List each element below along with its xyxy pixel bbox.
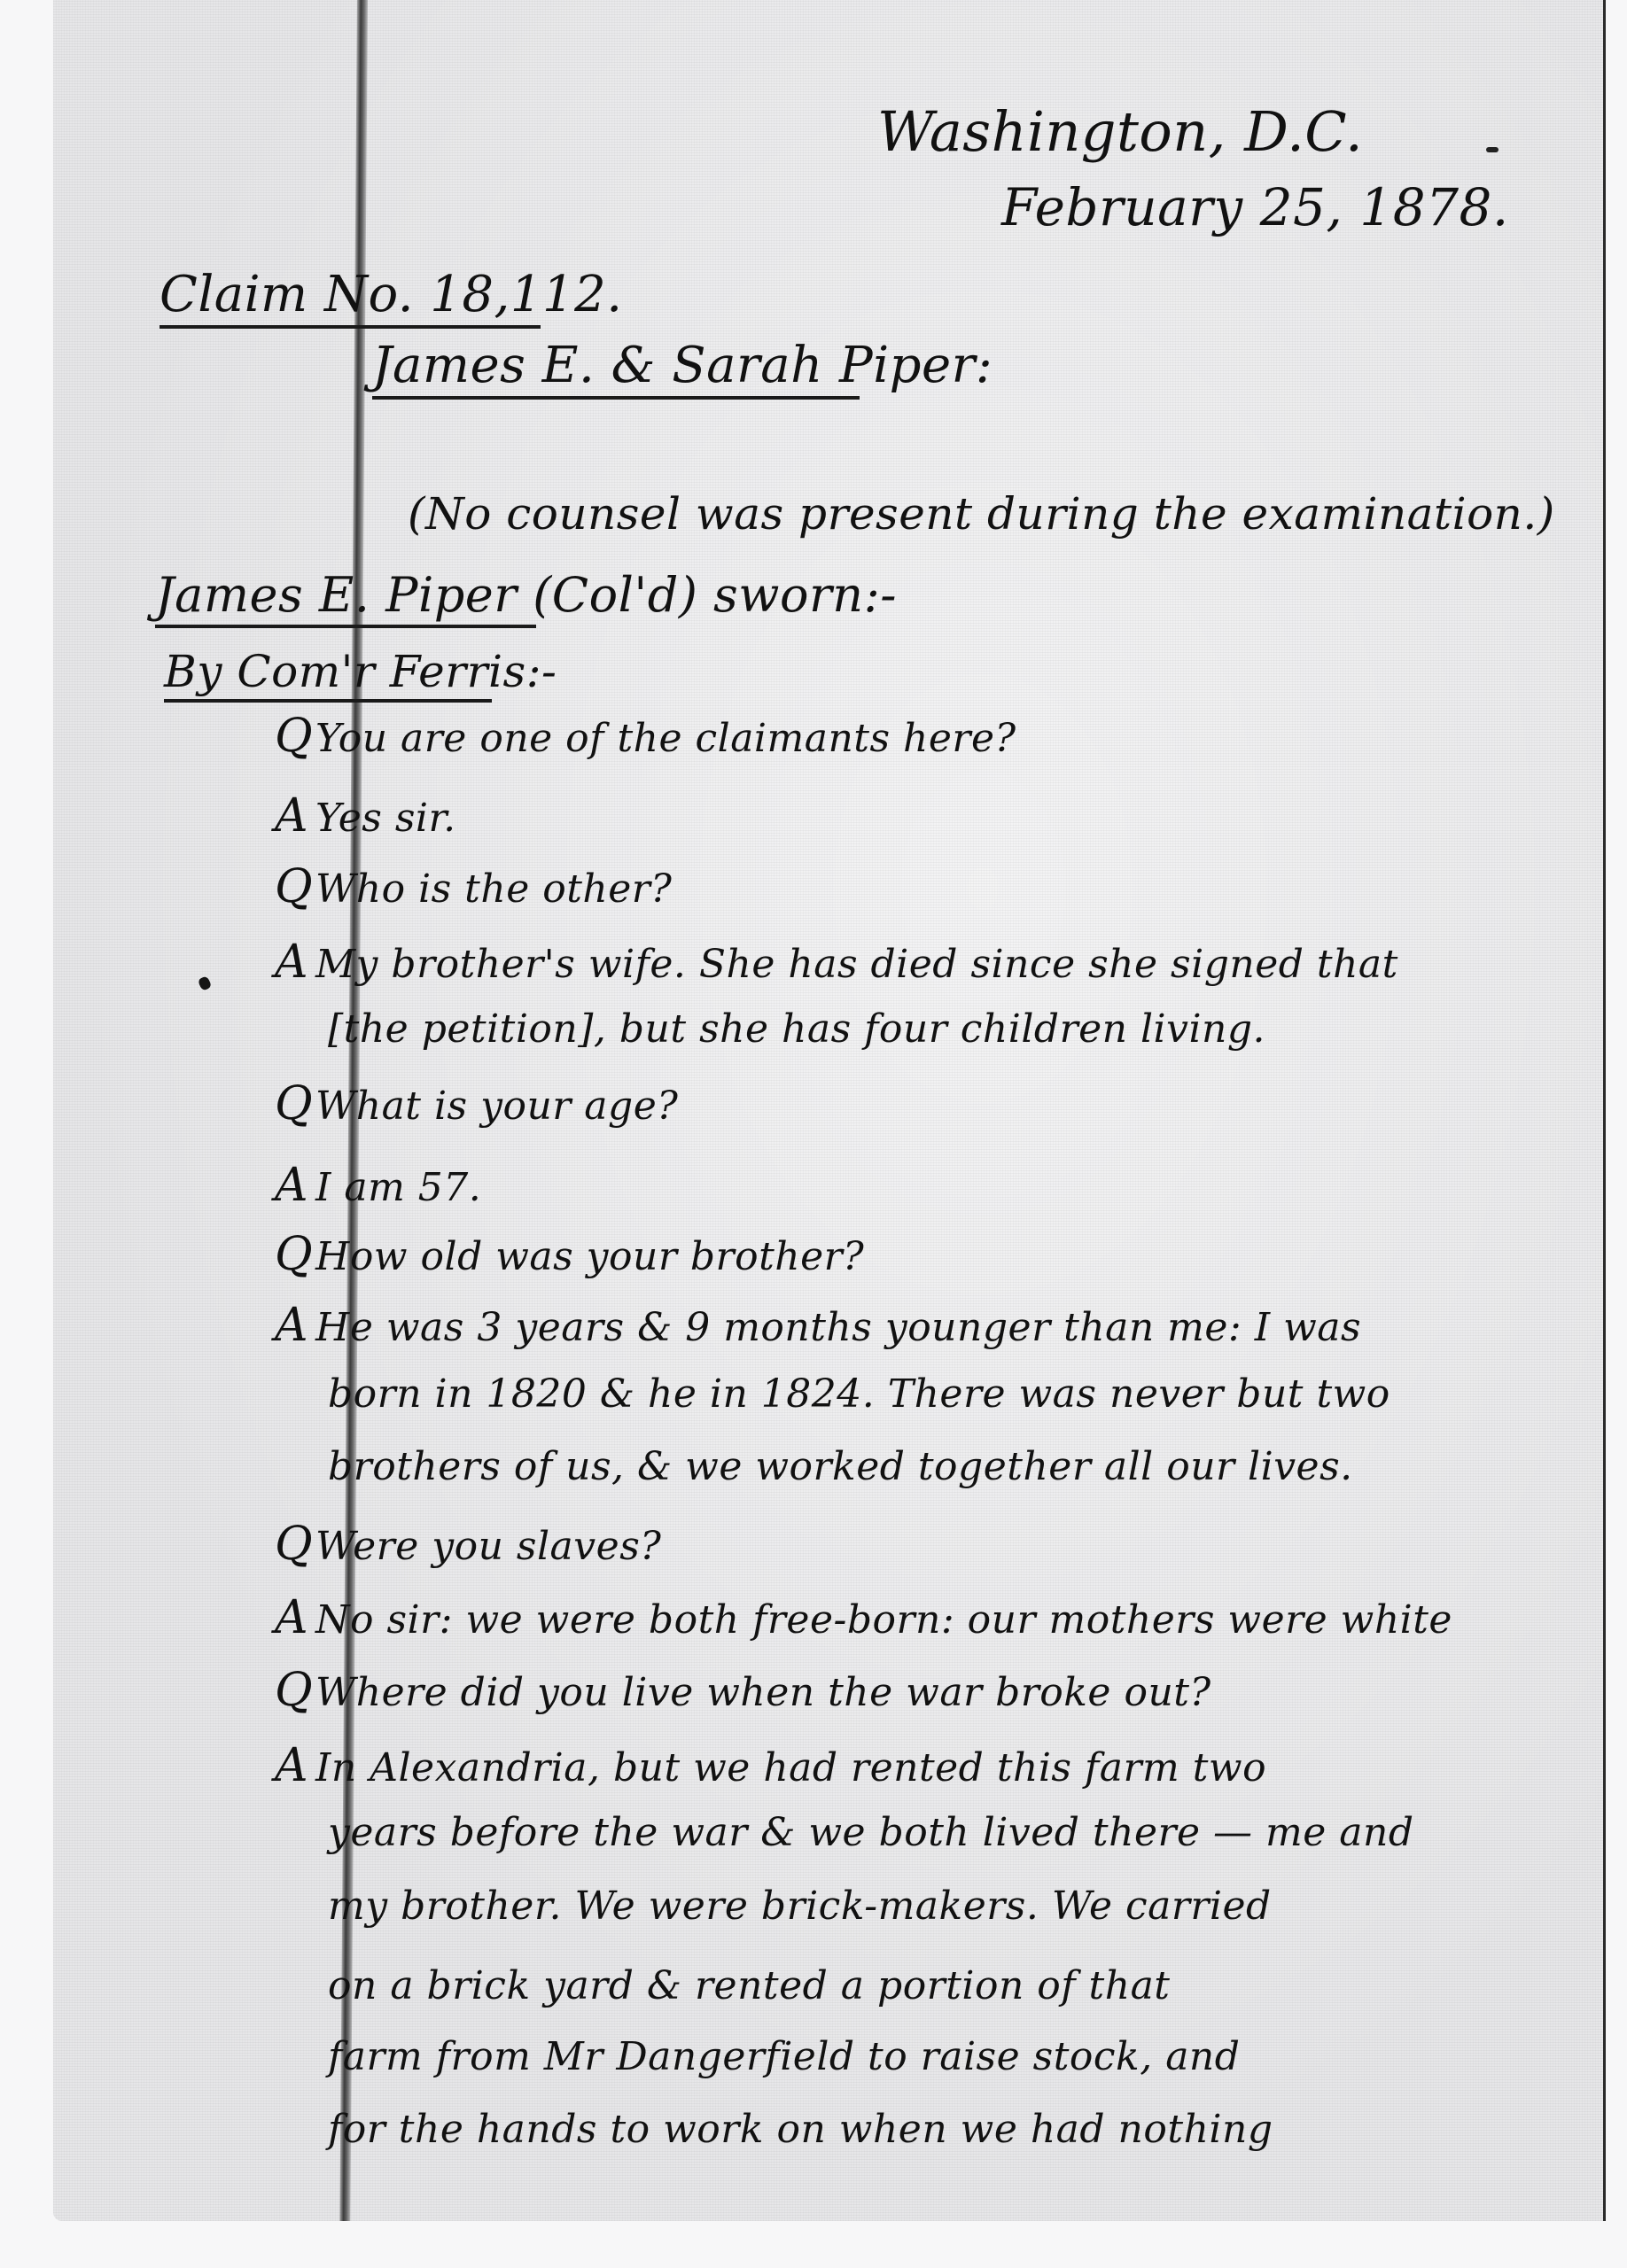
line-text: Who is the other? xyxy=(315,866,672,912)
witness-sworn: James E. Piper (Col'd) sworn:- xyxy=(155,571,536,628)
line-text: brothers of us, & we worked together all… xyxy=(328,1444,1353,1489)
speaker-label: A xyxy=(275,1595,312,1641)
transcript-line: AMy brother's wife. She has died since s… xyxy=(275,939,1398,985)
transcript-line: AIn Alexandria, but we had rented this f… xyxy=(275,1743,1266,1789)
speaker-label: Q xyxy=(275,1521,312,1567)
speaker-label: Q xyxy=(275,1231,312,1278)
speaker-label: Q xyxy=(275,1667,312,1713)
speaker-label: A xyxy=(275,939,312,985)
transcript-line: ANo sir: we were both free-born: our mot… xyxy=(275,1595,1452,1641)
speaker-label: A xyxy=(275,1162,312,1208)
transcript-line: QWere you slaves? xyxy=(275,1521,661,1567)
line-text: In Alexandria, but we had rented this fa… xyxy=(315,1745,1266,1790)
line-text: Were you slaves? xyxy=(315,1524,661,1569)
line-text: You are one of the claimants here? xyxy=(315,716,1016,761)
speaker-label: A xyxy=(275,1743,312,1789)
transcript-line: QWhere did you live when the war broke o… xyxy=(275,1667,1211,1713)
transcript-line: for the hands to work on when we had not… xyxy=(328,2110,1273,2149)
line-text: years before the war & we both lived the… xyxy=(328,1810,1414,1855)
line-text: What is your age? xyxy=(315,1084,678,1129)
transcript-line: QHow old was your brother? xyxy=(275,1231,864,1278)
transcript-line: years before the war & we both lived the… xyxy=(328,1814,1414,1852)
line-text: my brother. We were brick-makers. We car… xyxy=(328,1884,1272,1929)
transcript-line: born in 1820 & he in 1824. There was nev… xyxy=(328,1375,1390,1414)
line-text: born in 1820 & he in 1824. There was nev… xyxy=(328,1371,1390,1417)
claim-number: Claim No. 18,112. xyxy=(160,270,541,329)
transcript-line: QWhat is your age? xyxy=(275,1081,678,1127)
transcript-line: QWho is the other? xyxy=(275,864,672,910)
claimants: James E. & Sarah Piper: xyxy=(372,341,860,400)
speaker-label: Q xyxy=(275,1081,312,1127)
counsel-note: (No counsel was present during the exami… xyxy=(408,492,1555,536)
transcript-line: farm from Mr Dangerfield to raise stock,… xyxy=(328,2038,1240,2077)
line-text: No sir: we were both free-born: our moth… xyxy=(315,1597,1452,1643)
line-text: Where did you live when the war broke ou… xyxy=(315,1670,1211,1715)
transcript-line: on a brick yard & rented a portion of th… xyxy=(328,1967,1170,2006)
speaker-label: Q xyxy=(275,864,312,910)
line-text: Yes sir. xyxy=(315,796,456,841)
header-place: Washington, D.C. xyxy=(877,105,1363,159)
line-text: How old was your brother? xyxy=(315,1234,864,1279)
transcript-line: [the petition], but she has four childre… xyxy=(328,1010,1265,1049)
line-text: for the hands to work on when we had not… xyxy=(328,2107,1273,2152)
line-text: He was 3 years & 9 months younger than m… xyxy=(315,1305,1361,1350)
transcript-line: AI am 57. xyxy=(275,1162,481,1208)
speaker-label: Q xyxy=(275,713,312,759)
transcript-line: AYes sir. xyxy=(275,793,456,839)
transcript-line: brothers of us, & we worked together all… xyxy=(328,1448,1353,1487)
examiner: By Com'r Ferris:- xyxy=(164,649,492,703)
transcript-line: AHe was 3 years & 9 months younger than … xyxy=(275,1302,1361,1348)
speaker-label: A xyxy=(275,1302,312,1348)
header-date: February 25, 1878. xyxy=(1001,182,1509,233)
transcript-line: QYou are one of the claimants here? xyxy=(275,713,1016,759)
transcript-line: my brother. We were brick-makers. We car… xyxy=(328,1887,1272,1926)
line-text: [the petition], but she has four childre… xyxy=(328,1006,1265,1052)
speaker-label: A xyxy=(275,793,312,839)
line-text: on a brick yard & rented a portion of th… xyxy=(328,1963,1170,2008)
line-text: farm from Mr Dangerfield to raise stock,… xyxy=(328,2034,1240,2079)
line-text: I am 57. xyxy=(315,1165,481,1210)
ink-speck xyxy=(1486,147,1499,152)
line-text: My brother's wife. She has died since sh… xyxy=(315,942,1398,987)
